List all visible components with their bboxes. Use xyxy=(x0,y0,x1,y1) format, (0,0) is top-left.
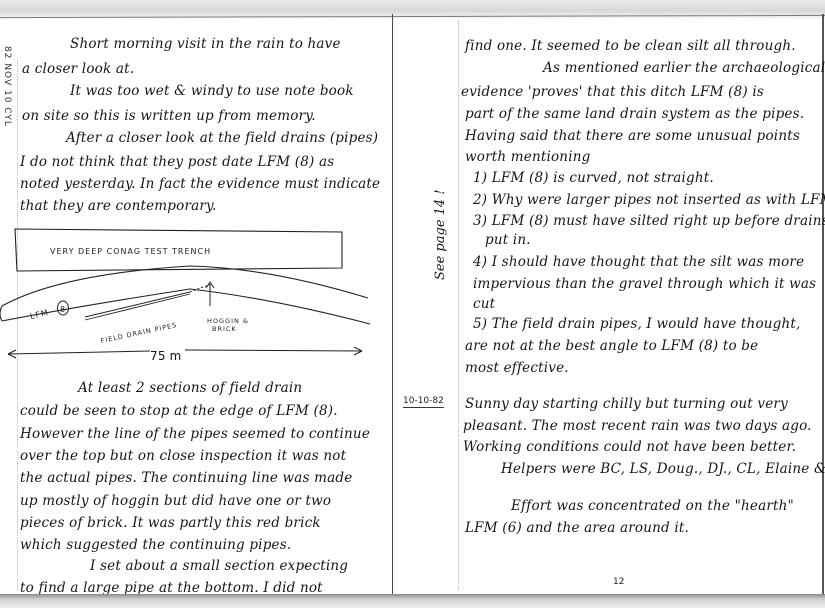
field-drain-pipes-line1 xyxy=(85,292,190,317)
text-line: Sunny day starting chilly but turning ou… xyxy=(465,396,788,412)
text-line: As mentioned earlier the archaeological xyxy=(543,60,825,76)
point-1: 1) LFM (8) is curved, not straight. xyxy=(473,170,714,186)
entry-date: 10-10-82 xyxy=(403,396,444,408)
text-line: LFM (6) and the area around it. xyxy=(465,520,689,536)
lfm-number: 8 xyxy=(60,305,66,314)
right-page: See page 14 ! find one. It seemed to be … xyxy=(393,18,822,594)
text-line: find one. It seemed to be clean silt all… xyxy=(465,38,796,54)
text-line: Working conditions could not have been b… xyxy=(463,439,796,455)
point-4-cont: impervious than the gravel through which… xyxy=(473,276,816,292)
text-line: up mostly of hoggin but did have one or … xyxy=(20,493,331,509)
point-4: 4) I should have thought that the silt w… xyxy=(473,254,804,270)
text-line: After a closer look at the field drains … xyxy=(66,130,378,146)
text-line: I do not think that they post date LFM (… xyxy=(20,154,334,170)
page-right-edge xyxy=(822,14,824,594)
text-line: At least 2 sections of field drain xyxy=(78,380,302,396)
ditch-upper-edge xyxy=(2,266,368,306)
text-line: worth mentioning xyxy=(465,149,590,165)
text-line: over the top but on close inspection it … xyxy=(20,448,346,464)
text-line: that they are contemporary. xyxy=(20,198,217,214)
text-line: evidence 'proves' that this ditch LFM (8… xyxy=(461,84,764,100)
text-line: the actual pipes. The continuing line wa… xyxy=(20,470,352,486)
text-line: However the line of the pipes seemed to … xyxy=(20,426,370,442)
point-3-cont: put in. xyxy=(485,232,531,248)
see-page-note: See page 14 ! xyxy=(433,189,448,280)
point-4-cont: cut xyxy=(473,296,495,312)
trench-label: VERY DEEP CONAG TEST TRENCH xyxy=(50,247,211,256)
text-line: pleasant. The most recent rain was two d… xyxy=(463,418,812,434)
text-line: which suggested the continuing pipes. xyxy=(20,537,291,553)
text-line: could be seen to stop at the edge of LFM… xyxy=(20,403,338,419)
text-line: a closer look at. xyxy=(22,61,134,77)
text-line: noted yesterday. In fact the evidence mu… xyxy=(20,176,380,192)
hoggin-label: HOGGIN & xyxy=(207,317,249,325)
point-5: 5) The field drain pipes, I would have t… xyxy=(473,316,801,332)
text-line: part of the same land drain system as th… xyxy=(465,106,804,122)
text-line: I set about a small section expecting xyxy=(90,558,348,574)
point-2: 2) Why were larger pipes not inserted as… xyxy=(473,192,825,208)
scale-label: 75 m xyxy=(150,349,182,363)
helpers-line: Helpers were BC, LS, Doug., DJ., CL, Ela… xyxy=(501,461,825,477)
hoggin-arrow xyxy=(206,282,214,306)
text-line: Having said that there are some unusual … xyxy=(465,128,800,144)
field-drain-pipes-line2 xyxy=(85,294,190,320)
point-5-cont: most effective. xyxy=(465,360,569,376)
text-line: Short morning visit in the rain to have xyxy=(70,36,341,52)
text-line: pieces of brick. It was partly this red … xyxy=(20,515,321,531)
text-line: Effort was concentrated on the "hearth" xyxy=(511,498,794,514)
scan-bottom-shadow xyxy=(0,594,825,608)
text-line: on site so this is written up from memor… xyxy=(22,108,316,124)
left-page: 82 NOV 10 CYL Short morning visit in the… xyxy=(0,18,392,594)
margin-date-vertical: 82 NOV 10 CYL xyxy=(2,46,12,127)
text-line: It was too wet & windy to use note book xyxy=(70,83,354,99)
brick-label: BRICK xyxy=(212,325,237,333)
point-3: 3) LFM (8) must have silted right up bef… xyxy=(473,213,825,229)
point-5-cont: are not at the best angle to LFM (8) to … xyxy=(465,338,758,354)
page-number: 12 xyxy=(613,577,624,587)
